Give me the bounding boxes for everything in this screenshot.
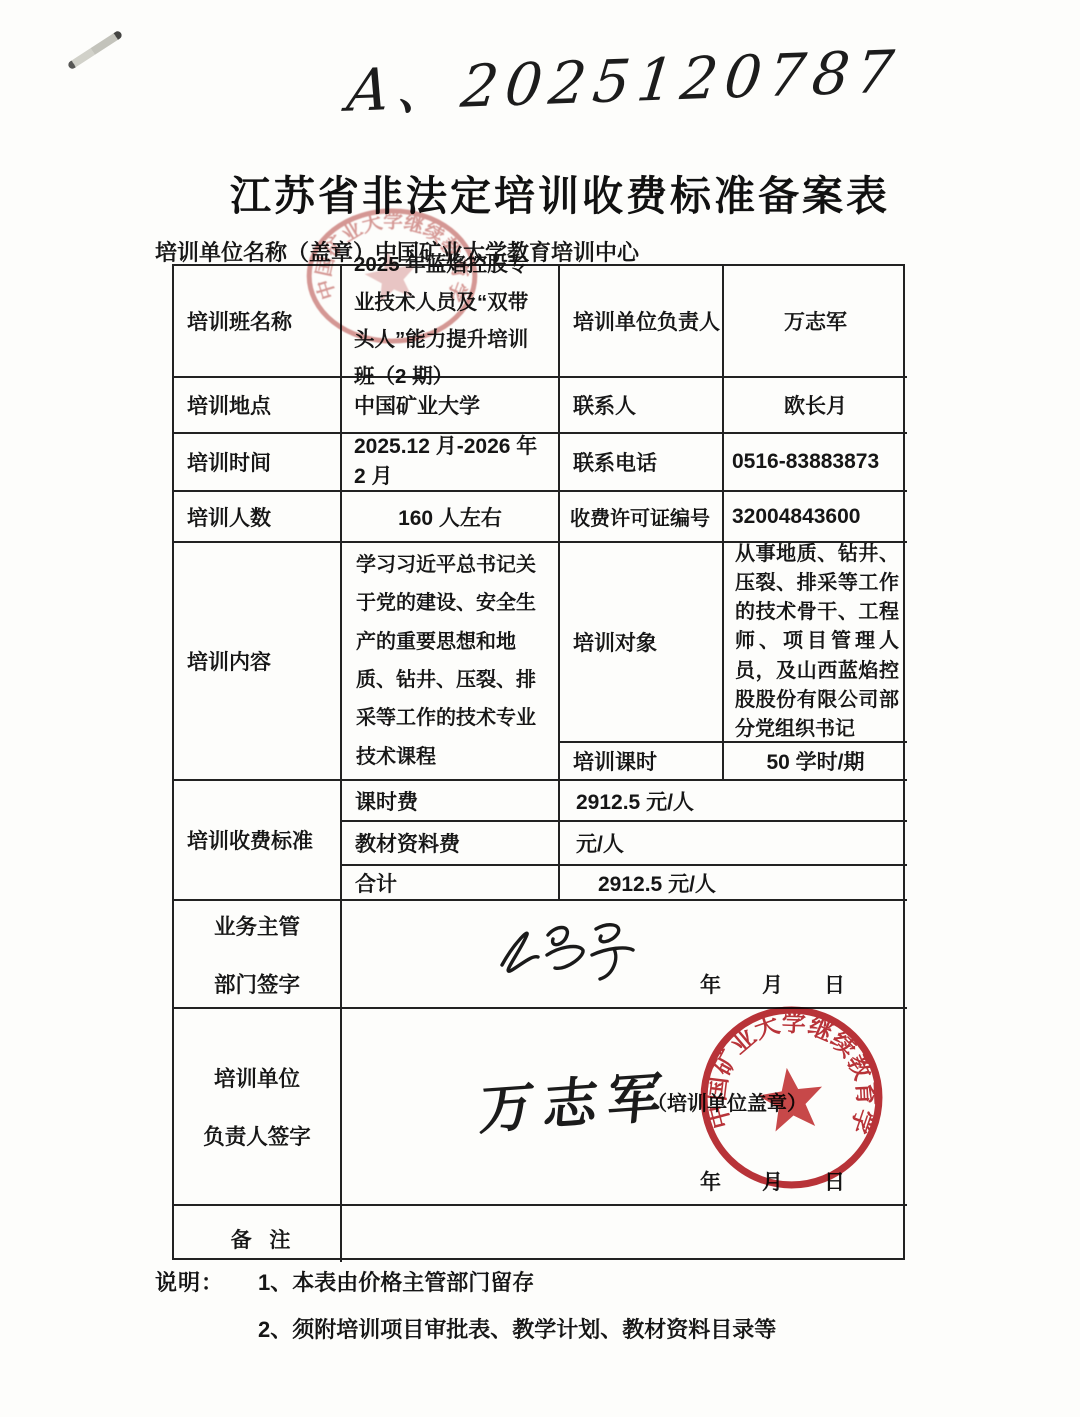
dept-signature-label-line1: 业务主管 — [214, 910, 300, 941]
time-label: 培训时间 — [174, 434, 342, 492]
contact-label: 联系人 — [560, 378, 724, 434]
hours-label: 培训课时 — [560, 743, 724, 781]
headcount-value: 160 人左右 — [342, 492, 560, 543]
remark-cell-empty — [342, 1206, 907, 1262]
phone-value: 0516-83883873 — [724, 434, 907, 492]
time-value: 2025.12 月-2026 年 2 月 — [342, 434, 560, 492]
contact-value: 欧长月 — [724, 378, 907, 434]
footnotes-label: 说明： — [155, 1266, 224, 1344]
page-title: 江苏省非法定培训收费标准备案表 — [130, 163, 990, 222]
class-name-label: 培训班名称 — [174, 266, 342, 378]
content-label: 培训内容 — [174, 543, 342, 781]
dept-signature-scribble — [492, 913, 657, 991]
content-value: 学习习近平总书记关于党的建设、安全生产的重要思想和地质、钻井、压裂、排采等工作的… — [342, 543, 560, 781]
leader-value: 万志军 — [724, 266, 907, 378]
license-value: 32004843600 — [724, 492, 907, 543]
footnotes: 说明： 1、本表由价格主管部门留存 2、须附培训项目审批表、教学计划、教材资料目… — [155, 1266, 776, 1344]
headcount-label: 培训人数 — [174, 492, 342, 543]
filing-form-table: 培训班名称 2025 年蓝焰控股专业技术人员及“双带头人”能力提升培训班（2 期… — [172, 264, 905, 1260]
dept-signature-label-line2: 部门签字 — [214, 968, 300, 999]
unit-leader-label-line2: 负责人签字 — [203, 1120, 311, 1151]
handwritten-doc-number: A、2025120787 — [344, 24, 905, 128]
fee-total-value: 2912.5 元/人 — [560, 866, 907, 901]
class-name-value: 2025 年蓝焰控股专业技术人员及“双带头人”能力提升培训班（2 期） — [342, 266, 560, 378]
dept-signature-cell: 年 月 日 — [342, 901, 907, 1009]
staple-mark — [67, 30, 123, 70]
unit-leader-signature-label: 培训单位 负责人签字 — [174, 1009, 342, 1206]
fee-item-value: 2912.5 元/人 — [560, 781, 907, 822]
unit-leader-handwritten-signature: 万志军 — [477, 1054, 675, 1145]
training-unit-label: 培训单位名称（盖章） — [155, 240, 375, 265]
leader-label: 培训单位负责人 — [560, 266, 724, 378]
fee-total-label: 合计 — [342, 866, 560, 901]
date-placeholder: 年 月 日 — [700, 969, 855, 999]
fee-standard-label: 培训收费标准 — [174, 781, 342, 901]
remark-label: 备 注 — [174, 1206, 342, 1262]
audience-label: 培训对象 — [560, 543, 724, 743]
hours-value: 50 学时/期 — [724, 743, 907, 781]
scanned-form-page: A、2025120787 江苏省非法定培训收费标准备案表 培训单位名称（盖章）中… — [0, 0, 1080, 1417]
fee-item-label: 教材资料费 — [342, 822, 560, 866]
fee-item-label: 课时费 — [342, 781, 560, 822]
location-label: 培训地点 — [174, 378, 342, 434]
stamp-here-note: （培训单位盖章） — [647, 1087, 807, 1116]
location-value: 中国矿业大学 — [342, 378, 560, 434]
unit-leader-label-line1: 培训单位 — [214, 1062, 300, 1093]
phone-label: 联系电话 — [560, 434, 724, 492]
dept-signature-label: 业务主管 部门签字 — [174, 901, 342, 1009]
fee-item-value: 元/人 — [560, 822, 907, 866]
license-label: 收费许可证编号 — [560, 492, 724, 543]
unit-leader-signature-cell: 万志军 （培训单位盖章） 年 月 日 — [342, 1009, 907, 1206]
footnote-item: 1、本表由价格主管部门留存 — [258, 1266, 776, 1297]
footnote-item: 2、须附培训项目审批表、教学计划、教材资料目录等 — [258, 1313, 776, 1344]
date-placeholder: 年 月 日 — [700, 1166, 855, 1196]
audience-value: 从事地质、钻井、压裂、排采等工作的技术骨干、工程师、项目管理人员，及山西蓝焰控股… — [724, 543, 907, 743]
